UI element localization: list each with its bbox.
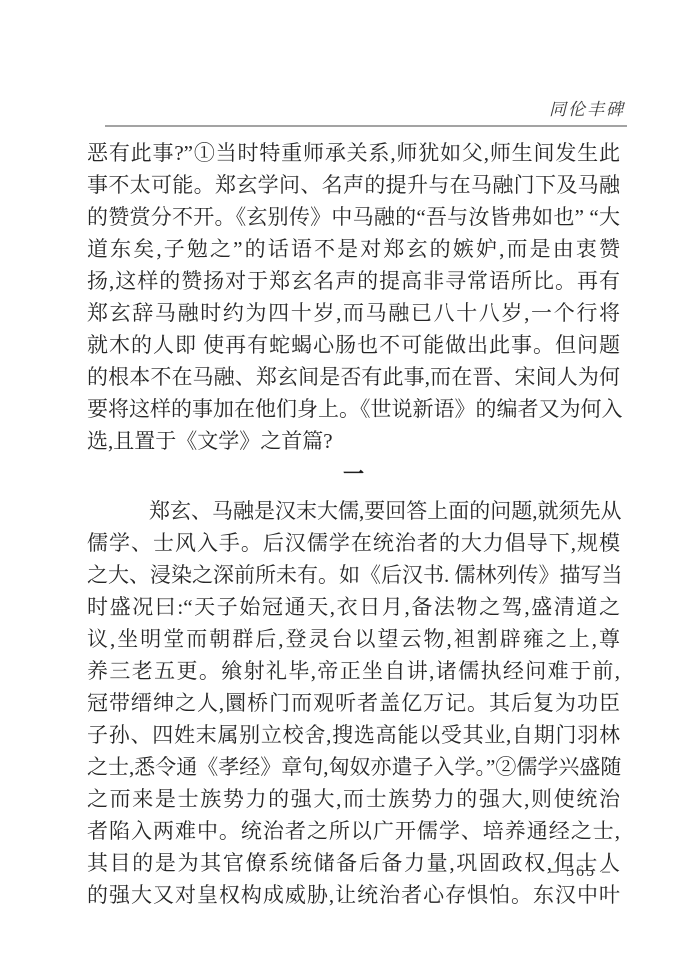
paragraph-2: 郑玄、马融是汉末大儒,要回答上面的问题,就须先从 儒学、士风入手。后汉儒学在统治… bbox=[87, 495, 620, 911]
page-number: – 565 – bbox=[550, 863, 612, 880]
header-rule bbox=[105, 125, 627, 127]
text-line: 者陷入两难中。统治者之所以广开儒学、培养通经之士, bbox=[87, 815, 620, 847]
text-line: 子孙、四姓末属别立校舍,搜选高能以受其业,自期门羽林 bbox=[87, 719, 620, 751]
text-line: 事不太可能。郑玄学问、名声的提升与在马融门下及马融 bbox=[87, 169, 620, 201]
text-line: 恶有此事?”①当时特重师承关系,师犹如父,师生间发生此 bbox=[87, 137, 620, 169]
text-line: 的赞赏分不开。《玄别传》中马融的“吾与汝皆弗如也” “大 bbox=[87, 201, 620, 233]
text-line: 要将这样的事加在他们身上。《世说新语》的编者又为何入 bbox=[87, 393, 620, 425]
page-footer: – 565 – bbox=[87, 860, 620, 884]
text-line: 的根本不在马融、郑玄间是否有此事,而在晋、宋间人为何 bbox=[87, 361, 620, 393]
text-block: 恶有此事?”①当时特重师承关系,师犹如父,师生间发生此 事不太可能。郑玄学问、名… bbox=[87, 137, 620, 911]
text-line: 道东矣,子勉之”的话语不是对郑玄的嫉妒,而是由衷赞 bbox=[87, 233, 620, 265]
page-header: 同伦丰碑 bbox=[105, 98, 627, 127]
text-line: 郑玄辞马融时约为四十岁,而马融已八十八岁,一个行将 bbox=[87, 297, 620, 329]
text-line: 扬,这样的赞扬对于郑玄名声的提高非寻常语所比。再有 bbox=[87, 265, 620, 297]
text-line: 之士,悉令通《孝经》章句,匈奴亦遣子入学。”②儒学兴盛随 bbox=[87, 751, 620, 783]
text-line: 选,且置于《文学》之首篇? bbox=[87, 425, 620, 457]
text-line: 冠带缙绅之人,圜桥门而观听者盖亿万记。其后复为功臣 bbox=[87, 687, 620, 719]
section-divider: 一 bbox=[87, 457, 620, 495]
text-line: 郑玄、马融是汉末大儒,要回答上面的问题,就须先从 bbox=[87, 495, 620, 527]
text-line: 养三老五更。飨射礼毕,帝正坐自讲,诸儒执经问难于前, bbox=[87, 655, 620, 687]
paragraph-1: 恶有此事?”①当时特重师承关系,师犹如父,师生间发生此 事不太可能。郑玄学问、名… bbox=[87, 137, 620, 457]
text-line: 议,坐明堂而朝群后,登灵台以望云物,袒割辟雍之上,尊 bbox=[87, 623, 620, 655]
text-line: 之而来是士族势力的强大,而士族势力的强大,则使统治 bbox=[87, 783, 620, 815]
text-line: 时盛况曰:“天子始冠通天,衣日月,备法物之驾,盛清道之 bbox=[87, 591, 620, 623]
book-page: 同伦丰碑 恶有此事?”①当时特重师承关系,师犹如父,师生间发生此 事不太可能。郑… bbox=[0, 0, 692, 968]
text-line: 之大、浸染之深前所未有。如《后汉书. 儒林列传》描写当 bbox=[87, 559, 620, 591]
text-line: 儒学、士风入手。后汉儒学在统治者的大力倡导下,规模 bbox=[87, 527, 620, 559]
text-line: 就木的人即 使再有蛇蝎心肠也不可能做出此事。但问题 bbox=[87, 329, 620, 361]
running-head: 同伦丰碑 bbox=[105, 98, 627, 122]
